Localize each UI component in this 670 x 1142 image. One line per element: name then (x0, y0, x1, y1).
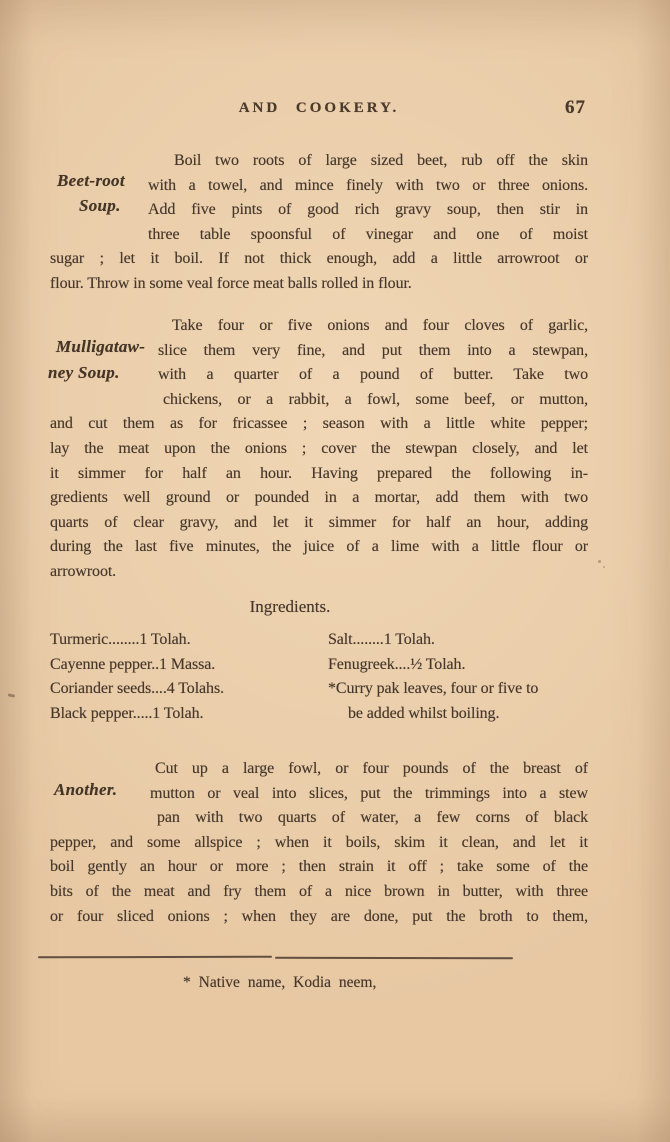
recipe-another: Cut up a large fowl, or four pounds of t… (50, 757, 588, 929)
ingredient-item: *Curry pak leaves, four or five to (328, 677, 638, 702)
ingredient-item: Turmeric........1 Tolah. (50, 628, 330, 653)
recipe-line: flour. Throw in some veal force meat bal… (50, 272, 588, 297)
book-page-scan: · AND COOKERY. 67 Beet-root Soup. Boil t… (0, 0, 670, 1142)
running-title: AND COOKERY. 67 (50, 100, 588, 117)
running-title-text: AND COOKERY. (239, 100, 400, 116)
recipe-line: arrowroot. (50, 560, 588, 585)
recipe-line: during the last five minutes, the juice … (50, 535, 588, 560)
recipe-line: chickens, or a rabbit, a fowl, some beef… (50, 388, 588, 413)
recipe-line: pepper, and some allspice ; when it boil… (50, 831, 588, 856)
ingredients-heading: Ingredients. (21, 597, 559, 617)
ingredient-item: Coriander seeds....4 Tolahs. (50, 677, 330, 702)
page-number: 67 (565, 97, 586, 119)
recipe-line: Take four or five onions and four cloves… (50, 314, 588, 339)
footnote-rule (38, 956, 272, 959)
recipe-line: quarts of clear gravy, and let it simmer… (50, 511, 588, 536)
recipe-line: mutton or veal into slices, put the trim… (50, 782, 588, 807)
recipe-line: gredients well ground or pounded in a mo… (50, 486, 588, 511)
recipe-beet-root-soup: Boil two roots of large sized beet, rub … (50, 149, 588, 297)
ingredient-item: Salt........1 Tolah. (328, 628, 638, 653)
recipe-line: bits of the meat and fry them of a nice … (50, 880, 588, 905)
recipe-line: it simmer for half an hour. Having prepa… (50, 462, 588, 487)
recipe-line: boil gently an hour or more ; then strai… (50, 855, 588, 880)
recipe-mulligatawney-soup: Take four or five onions and four cloves… (50, 314, 588, 585)
recipe-line: Cut up a large fowl, or four pounds of t… (50, 757, 588, 782)
recipe-line: Boil two roots of large sized beet, rub … (50, 149, 588, 174)
ingredient-item: Black pepper.....1 Tolah. (50, 702, 330, 727)
recipe-line: Add five pints of good rich gravy soup, … (50, 198, 588, 223)
ingredient-item: Fenugreek....½ Tolah. (328, 653, 638, 678)
ingredients-right-column: Salt........1 Tolah. Fenugreek....½ Tola… (328, 628, 638, 726)
ink-speck (598, 560, 601, 563)
recipe-line: with a towel, and mince finely with two … (50, 174, 588, 199)
ingredients-left-column: Turmeric........1 Tolah. Cayenne pepper.… (50, 628, 330, 726)
recipe-line: slice them very fine, and put them into … (50, 339, 588, 364)
footnote-text: * Native name, Kodia neem, (183, 974, 376, 992)
ink-speck (603, 566, 605, 568)
ingredient-item: be added whilst boiling. (328, 702, 638, 727)
recipe-line: three table spoonsful of vinegar and one… (50, 223, 588, 248)
recipe-line: or four sliced onions ; when they are do… (50, 905, 588, 930)
recipe-line: with a quarter of a pound of butter. Tak… (50, 363, 588, 388)
recipe-line: lay the meat upon the onions ; cover the… (50, 437, 588, 462)
recipe-line: pan with two quarts of water, a few corn… (50, 806, 588, 831)
recipe-line: and cut them as for fricassee ; season w… (50, 412, 588, 437)
recipe-line: sugar ; let it boil. If not thick enough… (50, 247, 588, 272)
ink-speck (8, 693, 15, 697)
ingredient-item: Cayenne pepper..1 Massa. (50, 653, 330, 678)
footnote-rule (275, 957, 513, 959)
